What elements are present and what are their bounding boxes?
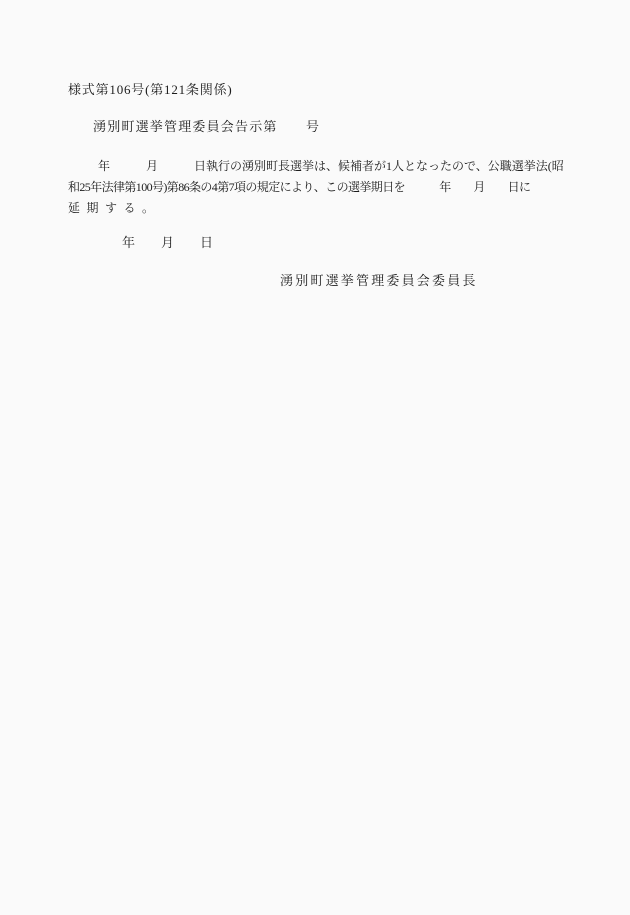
notice-number-line: 湧別町選挙管理委員会告示第 号 xyxy=(93,120,320,133)
signature-line: 湧別町選挙管理委員会委員長 xyxy=(280,274,478,287)
body-line-1: 年 月 日執行の湧別町長選挙は、候補者が1人となったので、公職選挙法(昭 xyxy=(68,156,573,177)
date-line: 年 月 日 xyxy=(122,236,213,249)
document-page: 様式第106号(第121条関係) 湧別町選挙管理委員会告示第 号 年 月 日執行… xyxy=(0,0,630,915)
body-line-3: 延期する。 xyxy=(68,198,573,219)
form-number-line: 様式第106号(第121条関係) xyxy=(68,83,232,96)
body-line-2: 和25年法律第100号)第86条の4第7項の規定により、この選挙期日を 年 月 … xyxy=(68,177,573,198)
body-paragraph: 年 月 日執行の湧別町長選挙は、候補者が1人となったので、公職選挙法(昭 和25… xyxy=(68,156,573,219)
